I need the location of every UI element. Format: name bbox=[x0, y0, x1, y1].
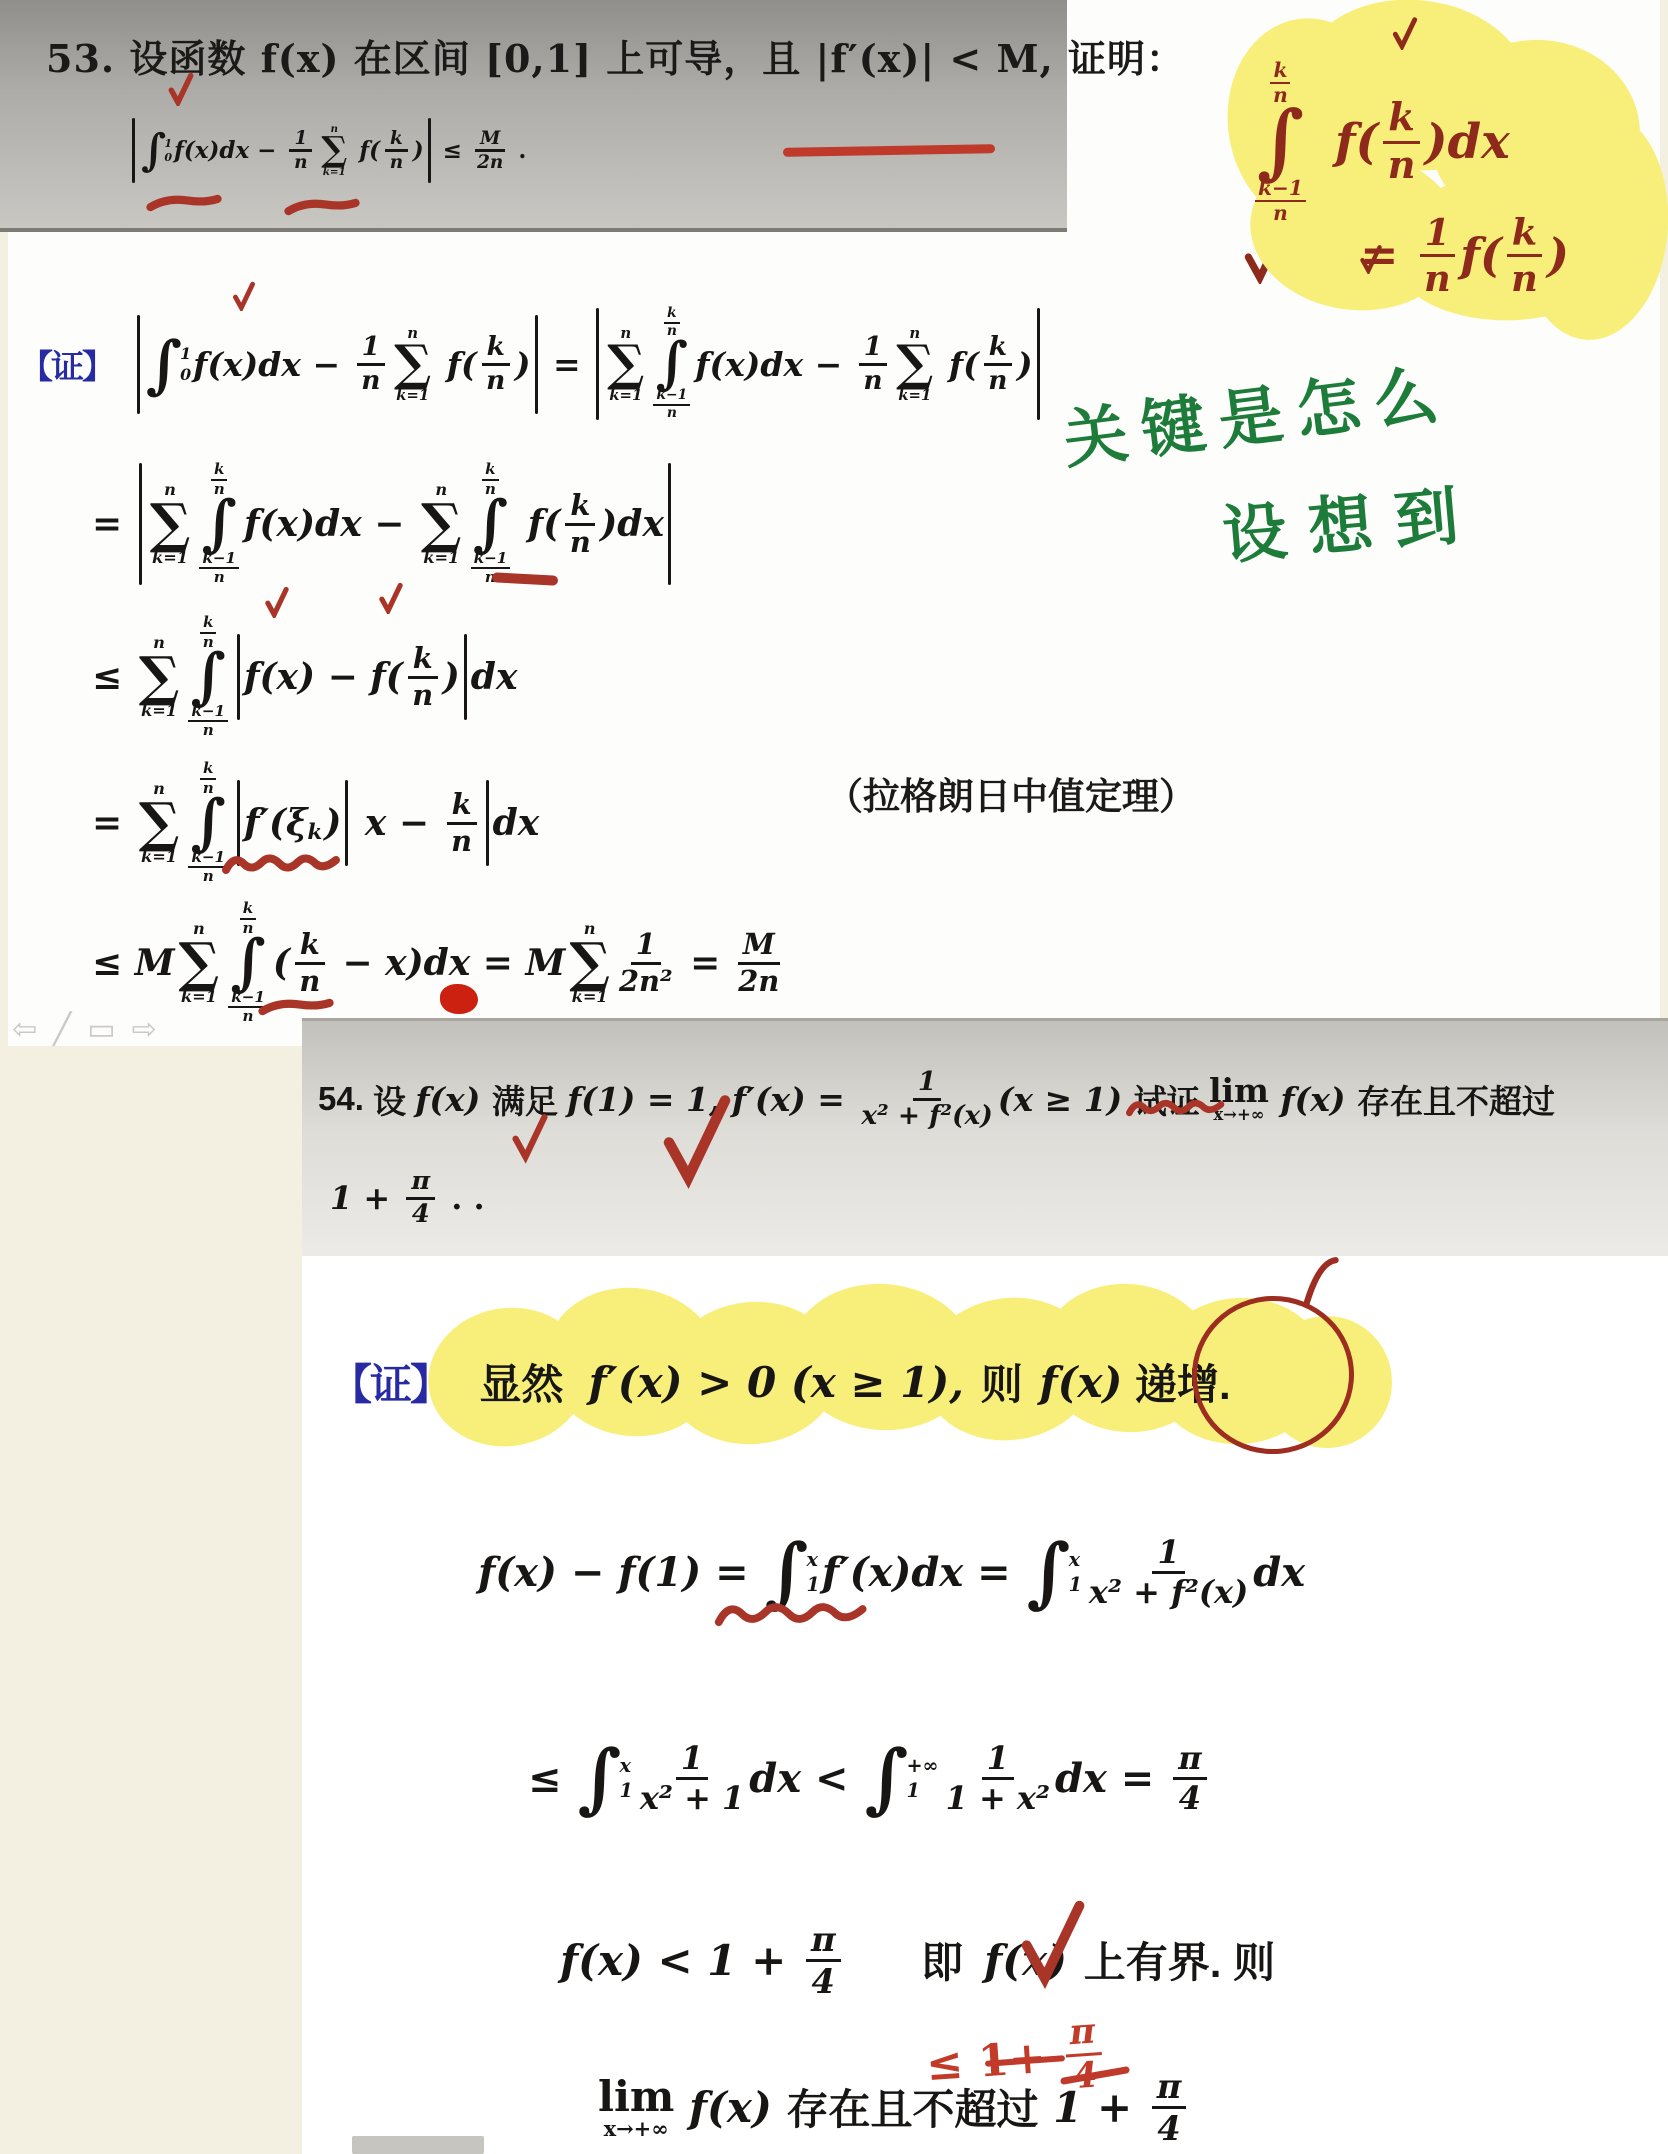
tok-t: 显然 bbox=[479, 1352, 563, 1412]
tok-frac: M2n bbox=[475, 128, 505, 173]
tok-frac: kn bbox=[408, 642, 438, 711]
red-wavy-underline bbox=[642, 1596, 942, 1630]
tok-t: 1 + bbox=[330, 1179, 401, 1217]
red-check-icon bbox=[512, 1106, 548, 1168]
problem-53-title: 53. 设函数 f(x) 在区间 [0,1] 上可导，且 |f′(x)| < M… bbox=[46, 28, 1185, 83]
tok-bar bbox=[137, 315, 140, 414]
red-swoosh-underline bbox=[256, 998, 336, 1016]
tok-sum: n∑k=1 bbox=[321, 124, 347, 177]
tok-bar bbox=[596, 308, 599, 420]
red-check-icon bbox=[168, 72, 194, 106]
tok-t: f(x)dx − bbox=[244, 503, 417, 545]
tok-t: ≤ bbox=[435, 137, 470, 164]
tok-frac: 11 + x² bbox=[946, 1740, 1050, 1817]
red-wavy-underline bbox=[1126, 1096, 1226, 1118]
red-check-icon bbox=[1392, 16, 1418, 50]
tok-t: ≤ M bbox=[92, 942, 175, 984]
tok-sum: n∑k=1 bbox=[150, 482, 191, 566]
proof53-line-1: 【证】∫10f(x)dx − 1nn∑k=1 f(kn) = n∑k=1kn∫k… bbox=[20, 298, 1044, 430]
tok-bar bbox=[345, 780, 348, 866]
proof53-line-2: = n∑k=1kn∫k−1nf(x)dx − n∑k=1kn∫k−1n f(kn… bbox=[92, 448, 675, 600]
tok-t: 存在且不超过 bbox=[786, 2077, 1038, 2137]
tok-frac: kn bbox=[984, 332, 1012, 396]
tok-t: dx bbox=[1253, 1549, 1305, 1596]
tok-t: f′(ξ bbox=[244, 802, 307, 844]
tok-t: f′(x)dx = bbox=[822, 1549, 1025, 1596]
tok-t: f(x) bbox=[1269, 1080, 1357, 1119]
proof54-line-1: 【证】显然f′(x) > 0 (x ≥ 1),则f(x)递增. bbox=[330, 1318, 1231, 1446]
tok-t: dx bbox=[493, 802, 540, 844]
tok-t: dx < bbox=[749, 1755, 862, 1802]
tok-frac: kn bbox=[447, 788, 477, 857]
tok-t: ) bbox=[413, 137, 424, 164]
tok-t: = bbox=[678, 942, 733, 984]
tok-frac: π4 bbox=[406, 1167, 435, 1229]
bottom-scroll-thumb[interactable] bbox=[352, 2136, 484, 2154]
tok-t: f(x)dx − bbox=[695, 345, 853, 384]
tok-sum: n∑k=1 bbox=[896, 326, 933, 403]
tok-t: 设 bbox=[373, 1076, 415, 1123]
tok-frac: π4 bbox=[1152, 2067, 1187, 2147]
tok-t: 存在且不超过 bbox=[1357, 1076, 1555, 1123]
tok-frac: kn bbox=[385, 128, 408, 173]
tok-frac: 12n² bbox=[619, 928, 673, 997]
tok-int2: kn∫k−1n bbox=[1255, 59, 1306, 225]
card-icon[interactable]: ▭ bbox=[87, 1012, 115, 1047]
proof54-line-4: f(x) < 1 + π4即f(x)上有界. 则 bbox=[560, 1896, 1275, 2024]
tok-bar bbox=[139, 463, 142, 585]
tok-t: = bbox=[92, 802, 135, 844]
tok-bar bbox=[464, 634, 467, 720]
tok-t: f( bbox=[351, 137, 380, 164]
tok-t: 则 bbox=[981, 1352, 1023, 1412]
tok-frac: 1n bbox=[859, 332, 887, 396]
red-ink-blob bbox=[440, 984, 478, 1014]
tok-t: f(x) bbox=[415, 1080, 492, 1119]
tok-t: f(x)dx − bbox=[193, 345, 351, 384]
tok-frac: π4 bbox=[806, 1920, 841, 2000]
tok-t: f(x) − f( bbox=[244, 656, 403, 698]
tok-t: ) bbox=[324, 802, 341, 844]
tok-bar bbox=[428, 118, 431, 182]
proof54-line-3: ≤ ∫x11x² + 1dx < ∫+∞111 + x²dx = π4 bbox=[528, 1688, 1212, 1868]
tok-t: 上有界. 则 bbox=[1084, 1930, 1275, 1990]
tok-frac: 1n bbox=[1420, 211, 1456, 299]
tok-sum: n∑k=1 bbox=[569, 921, 610, 1005]
tok-t: f( bbox=[1460, 228, 1502, 282]
tok-t: − x)dx = M bbox=[330, 942, 565, 984]
tok-t: )dx bbox=[1425, 114, 1510, 170]
tok-t: . . bbox=[440, 1179, 485, 1217]
tok-int: ∫10 bbox=[141, 129, 172, 173]
tok-int2: kn∫k−1n bbox=[653, 306, 690, 421]
tok-t: 【证】 bbox=[20, 341, 113, 388]
tok-t: 54. bbox=[318, 1080, 373, 1118]
red-swoosh-underline bbox=[266, 198, 378, 216]
tok-t: ) bbox=[443, 656, 460, 698]
tok-sum: n∑k=1 bbox=[394, 326, 431, 403]
tok-sum: n∑k=1 bbox=[421, 482, 462, 566]
tok-t: ) bbox=[1017, 345, 1033, 384]
tok-bar bbox=[668, 463, 671, 585]
tok-int: ∫x1 bbox=[577, 1740, 632, 1816]
handwritten-equals-note: = 1nf(kn) bbox=[1360, 200, 1569, 310]
red-check-icon bbox=[1360, 244, 1382, 274]
red-check-icon bbox=[232, 281, 256, 311]
annotation-toolbar: ⇦ ╱ ▭ ⇨ bbox=[12, 1012, 157, 1047]
tok-t: dx = bbox=[1055, 1755, 1168, 1802]
tok-frac: kn bbox=[482, 332, 510, 396]
tok-frac: M2n bbox=[738, 928, 780, 997]
tok-t: = bbox=[92, 503, 135, 545]
tok-sum: n∑k=1 bbox=[607, 326, 644, 403]
tok-sum: n∑k=1 bbox=[139, 781, 180, 865]
tok-t: 即 bbox=[921, 1930, 963, 1990]
tok-bar bbox=[132, 118, 135, 182]
tok-frac: 1x² + 1 bbox=[640, 1740, 744, 1817]
tok-t: )dx bbox=[600, 503, 664, 545]
tok-frac: 1n bbox=[357, 332, 385, 396]
red-check-icon bbox=[662, 1086, 732, 1192]
tok-sum: n∑k=1 bbox=[179, 921, 220, 1005]
tok-t: ≤ bbox=[528, 1755, 575, 1802]
tok-int: ∫+∞1 bbox=[864, 1740, 938, 1816]
tok-t: ) bbox=[515, 345, 531, 384]
tok-t: ≤ bbox=[92, 656, 135, 698]
tok-t: f( bbox=[435, 345, 476, 384]
proof53-line-5: ≤ Mn∑k=1kn∫k−1n(kn − x)dx = Mn∑k=112n² =… bbox=[92, 888, 785, 1038]
tok-lim: limx→+∞ bbox=[598, 2076, 674, 2139]
page: 53. 设函数 f(x) 在区间 [0,1] 上可导，且 |f′(x)| < M… bbox=[0, 0, 1668, 2154]
tok-frac: 1x² + f²(x) bbox=[861, 1067, 992, 1131]
tok-t: f(x)dx − bbox=[174, 137, 284, 164]
tok-int2: kn∫k−1n bbox=[188, 614, 228, 740]
tok-t: dx bbox=[471, 656, 518, 698]
tok-frac: 1x² + f²(x) bbox=[1089, 1534, 1248, 1611]
proof54-line-2: f(x) − f(1) = ∫x1f′(x)dx = ∫x11x² + f²(x… bbox=[478, 1488, 1305, 1656]
tok-sb: k bbox=[307, 820, 322, 845]
red-check-icon bbox=[264, 586, 290, 618]
proof54-line-5: limx→+∞ f(x) 存在且不超过 1 + π4 bbox=[598, 2052, 1191, 2154]
red-swoosh-underline bbox=[146, 194, 222, 212]
red-wavy-underline bbox=[222, 850, 342, 876]
tok-t: . bbox=[510, 137, 526, 164]
tok-frac: kn bbox=[565, 489, 595, 558]
tok-t: f′(x) > 0 (x ≥ 1), bbox=[589, 1358, 964, 1407]
tok-int: ∫10 bbox=[146, 333, 191, 396]
tok-bar bbox=[486, 780, 489, 866]
tok-t: (x ≥ 1) bbox=[998, 1080, 1134, 1119]
tok-frac: kn bbox=[1507, 211, 1543, 299]
tok-t: ( bbox=[273, 942, 290, 984]
tok-t: f( bbox=[1335, 114, 1378, 170]
tok-t: 【证】 bbox=[330, 1352, 450, 1412]
tok-int2: kn∫k−1n bbox=[471, 461, 511, 587]
lagrange-theorem-note: （拉格朗日中值定理） bbox=[826, 766, 1196, 820]
tok-int: ∫x1 bbox=[1027, 1534, 1082, 1610]
tok-t: = bbox=[542, 345, 593, 384]
redo-arrow-icon[interactable]: ⇨ bbox=[132, 1012, 157, 1047]
red-check-icon bbox=[378, 582, 404, 614]
pen-icon[interactable]: ╱ bbox=[53, 1012, 71, 1047]
red-check-icon bbox=[1020, 1884, 1086, 2000]
tok-t: f(x) − f(1) = bbox=[478, 1549, 763, 1596]
tok-frac: 1n bbox=[289, 128, 312, 173]
tok-t: 1 + bbox=[1038, 2083, 1146, 2132]
tok-t: ) bbox=[1547, 228, 1569, 282]
undo-arrow-icon[interactable]: ⇦ bbox=[12, 1012, 37, 1047]
tok-int2: kn∫k−1n bbox=[199, 461, 239, 587]
tok-t: f( bbox=[515, 503, 560, 545]
tok-t: f(x) bbox=[674, 2083, 786, 2132]
red-circle-tail bbox=[1300, 1256, 1342, 1308]
tok-frac: kn bbox=[1383, 96, 1420, 187]
tok-frac: kn bbox=[295, 928, 325, 997]
tok-bar bbox=[1037, 308, 1040, 420]
problem-54-title-line2: 1 + π4 . . bbox=[330, 1150, 485, 1246]
tok-bar bbox=[535, 315, 538, 414]
tok-t: f(x) bbox=[1040, 1358, 1123, 1407]
tok-frac: π4 bbox=[1173, 1740, 1206, 1817]
tok-bar bbox=[237, 634, 240, 720]
tok-t: f( bbox=[937, 345, 978, 384]
tok-sum: n∑k=1 bbox=[139, 635, 180, 719]
proof53-line-3: ≤ n∑k=1kn∫k−1nf(x) − f(kn)dx bbox=[92, 602, 517, 752]
tok-t: x − bbox=[352, 802, 441, 844]
tok-t: f(x) < 1 + bbox=[560, 1936, 801, 1985]
